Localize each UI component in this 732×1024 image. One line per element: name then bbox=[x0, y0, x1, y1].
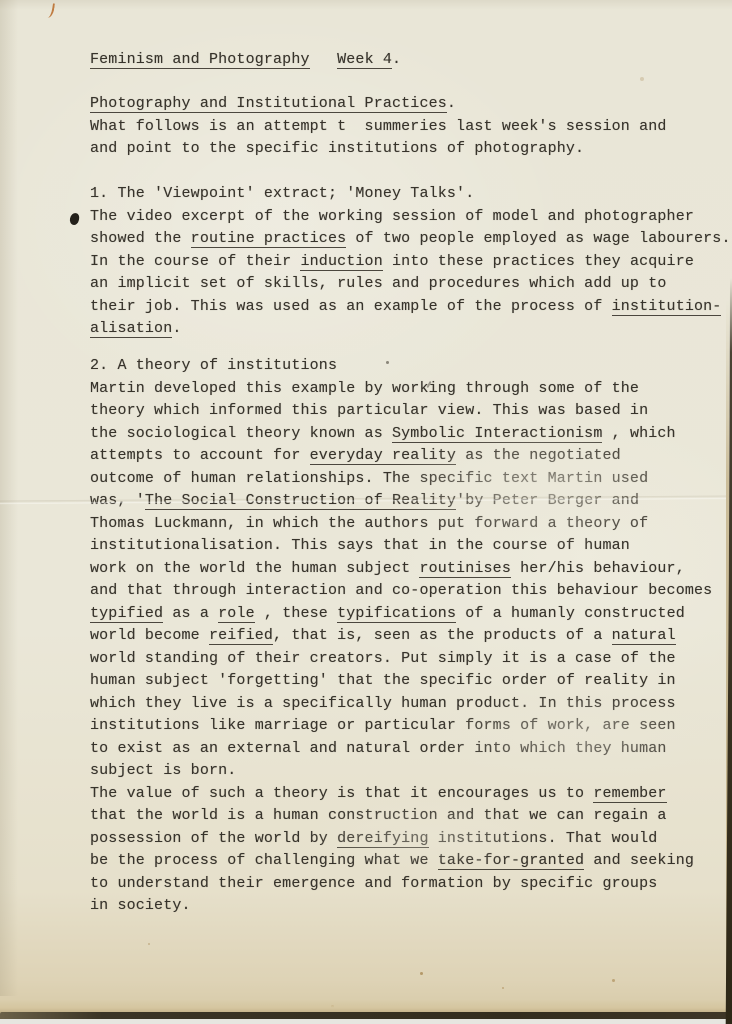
typed-text: subject is born. bbox=[90, 762, 236, 779]
typed-text: What follows is an attempt t summeries l… bbox=[90, 118, 667, 135]
typed-text: and that through interaction and co-oper… bbox=[90, 582, 712, 599]
document-line: Feminism and Photography Week 4. bbox=[90, 51, 401, 74]
document-line: subject is born. bbox=[90, 762, 712, 785]
typed-text: of a humanly constructed bbox=[456, 605, 685, 622]
underlined-text: routine practices bbox=[191, 230, 347, 248]
document-line: showed the routine practices of two peop… bbox=[90, 230, 731, 253]
block-section-1: 1. The 'Viewpoint' extract; 'Money Talks… bbox=[90, 185, 731, 343]
typed-text: of two people employed as wage labourers… bbox=[346, 230, 730, 247]
scanner-background bbox=[0, 1019, 732, 1024]
typed-text: world standing of their creators. Put si… bbox=[90, 650, 676, 667]
document-line: theory which informed this particular vi… bbox=[90, 402, 712, 425]
block-section-2: 2. A theory of institutionsMartin develo… bbox=[90, 357, 712, 920]
underlined-text: Photography and Institutional Practices bbox=[90, 95, 447, 113]
typed-text: attempts to account for bbox=[90, 447, 310, 464]
document-line: attempts to account for everyday reality… bbox=[90, 447, 712, 470]
underlined-text: natural bbox=[612, 627, 676, 645]
foxing-speck bbox=[420, 972, 423, 975]
document-line: The video excerpt of the working session… bbox=[90, 208, 731, 231]
document-line: an implicit set of skills, rules and pro… bbox=[90, 275, 731, 298]
document-line: 2. A theory of institutions bbox=[90, 357, 712, 380]
underlined-text: typifications bbox=[337, 605, 456, 623]
typed-text: institutions. That would bbox=[429, 830, 658, 847]
document-line: that the world is a human construction a… bbox=[90, 807, 712, 830]
foxing-speck bbox=[612, 979, 615, 982]
foxing-speck bbox=[640, 77, 644, 81]
underlined-text: Feminism and Photography bbox=[90, 51, 310, 69]
document-line: 1. The 'Viewpoint' extract; 'Money Talks… bbox=[90, 185, 731, 208]
typed-text: world become bbox=[90, 627, 209, 644]
underlined-text: The Social Construction of Reality bbox=[145, 492, 456, 510]
document-line: human subject 'forgetting' that the spec… bbox=[90, 672, 712, 695]
typed-text: as the negotiated bbox=[456, 447, 621, 464]
underlined-text: Week 4 bbox=[337, 51, 392, 69]
document-line: to understand their emergence and format… bbox=[90, 875, 712, 898]
foxing-speck bbox=[148, 943, 150, 945]
document-line: In the course of their induction into th… bbox=[90, 253, 731, 276]
document-line: their job. This was used as an example o… bbox=[90, 298, 731, 321]
document-line: possession of the world by dereifying in… bbox=[90, 830, 712, 853]
scan-edge-line bbox=[0, 1012, 732, 1019]
typed-text: The value of such a theory is that it en… bbox=[90, 785, 593, 802]
document-line: institutions like marriage or particular… bbox=[90, 717, 712, 740]
document-line: in society. bbox=[90, 897, 712, 920]
typed-text: Martin developed this example by working… bbox=[90, 380, 639, 397]
typed-text bbox=[310, 51, 337, 68]
document-line: typified as a role , these typifications… bbox=[90, 605, 712, 628]
document-line: work on the world the human subject rout… bbox=[90, 560, 712, 583]
document-line: was, 'The Social Construction of Reality… bbox=[90, 492, 712, 515]
typed-text: . bbox=[392, 51, 401, 68]
underlined-text: remember bbox=[593, 785, 666, 803]
typed-text: , which bbox=[602, 425, 675, 442]
document-line: and point to the specific institutions o… bbox=[90, 140, 667, 163]
typed-text: outcome of human relationships. The spec… bbox=[90, 470, 648, 487]
typed-text: The video excerpt of the working session… bbox=[90, 208, 694, 225]
foxing-speck bbox=[502, 987, 504, 989]
document-line: the sociological theory known as Symboli… bbox=[90, 425, 712, 448]
underlined-text: induction bbox=[300, 253, 382, 271]
typed-text: 1. The 'Viewpoint' extract; 'Money Talks… bbox=[90, 185, 474, 202]
typed-text: which they live is a specifically human … bbox=[90, 695, 676, 712]
document-line: be the process of challenging what we ta… bbox=[90, 852, 712, 875]
typed-text: possession of the world by bbox=[90, 830, 337, 847]
paper-sheet: Feminism and Photography Week 4.Photogra… bbox=[0, 0, 732, 1010]
typed-text: work on the world the human subject bbox=[90, 560, 419, 577]
typed-text: . bbox=[447, 95, 456, 112]
document-line: Photography and Institutional Practices. bbox=[90, 95, 667, 118]
typed-text: into these practices they acquire bbox=[383, 253, 694, 270]
document-line: Martin developed this example by working… bbox=[90, 380, 712, 403]
underlined-text: role bbox=[218, 605, 255, 623]
document-line: What follows is an attempt t summeries l… bbox=[90, 118, 667, 141]
typed-text: , that is, seen as the products of a bbox=[273, 627, 612, 644]
typed-text: and point to the specific institutions o… bbox=[90, 140, 584, 157]
typed-text: human subject 'forgetting' that the spec… bbox=[90, 672, 676, 689]
typed-text: institutions like marriage or particular… bbox=[90, 717, 676, 734]
underlined-text: reified bbox=[209, 627, 273, 645]
document-line: to exist as an external and natural orde… bbox=[90, 740, 712, 763]
underlined-text: alisation bbox=[90, 320, 172, 338]
typed-text: to understand their emergence and format… bbox=[90, 875, 657, 892]
bullet-mark bbox=[69, 212, 80, 226]
scanned-page: Feminism and Photography Week 4.Photogra… bbox=[0, 0, 732, 1024]
document-line: institutionalisation. This says that in … bbox=[90, 537, 712, 560]
typed-text: be the process of challenging what we bbox=[90, 852, 438, 869]
typed-text: and seeking bbox=[584, 852, 694, 869]
document-line: and that through interaction and co-oper… bbox=[90, 582, 712, 605]
typed-text: in society. bbox=[90, 897, 191, 914]
underlined-text: everyday reality bbox=[310, 447, 456, 465]
block-intro: Photography and Institutional Practices.… bbox=[90, 95, 667, 163]
typed-text: the sociological theory known as bbox=[90, 425, 392, 442]
typed-text: 'by Peter Berger and bbox=[456, 492, 639, 509]
typed-text: In the course of their bbox=[90, 253, 300, 270]
underlined-text: routinises bbox=[419, 560, 511, 578]
typed-text: an implicit set of skills, rules and pro… bbox=[90, 275, 667, 292]
typed-text: to exist as an external and natural orde… bbox=[90, 740, 667, 757]
typed-text: their job. This was used as an example o… bbox=[90, 298, 612, 315]
underlined-text: typified bbox=[90, 605, 163, 623]
document-line: alisation. bbox=[90, 320, 731, 343]
underlined-text: take-for-granted bbox=[438, 852, 584, 870]
document-line: which they live is a specifically human … bbox=[90, 695, 712, 718]
typed-text: 2. A theory of institutions bbox=[90, 357, 337, 374]
typed-text: . bbox=[172, 320, 181, 337]
typed-text: showed the bbox=[90, 230, 191, 247]
document-line: Thomas Luckmann, in which the authors pu… bbox=[90, 515, 712, 538]
typed-text: Thomas Luckmann, in which the authors pu… bbox=[90, 515, 648, 532]
typed-text: that the world is a human construction a… bbox=[90, 807, 667, 824]
document-line: The value of such a theory is that it en… bbox=[90, 785, 712, 808]
rust-stain-mark bbox=[45, 3, 55, 19]
typed-text: as a bbox=[163, 605, 218, 622]
typed-text: , these bbox=[255, 605, 337, 622]
typed-text: theory which informed this particular vi… bbox=[90, 402, 648, 419]
typed-text: her/his behaviour, bbox=[511, 560, 685, 577]
underlined-text: Symbolic Interactionism bbox=[392, 425, 602, 443]
document-line: world standing of their creators. Put si… bbox=[90, 650, 712, 673]
block-title: Feminism and Photography Week 4. bbox=[90, 51, 401, 74]
paper-edge-shadow-top bbox=[0, 0, 732, 10]
underlined-text: dereifying bbox=[337, 830, 429, 848]
document-line: world become reified, that is, seen as t… bbox=[90, 627, 712, 650]
paper-edge-shadow-left bbox=[0, 0, 18, 996]
underlined-text: institution- bbox=[612, 298, 722, 316]
typed-text: was, ' bbox=[90, 492, 145, 509]
typed-text: institutionalisation. This says that in … bbox=[90, 537, 630, 554]
document-line: outcome of human relationships. The spec… bbox=[90, 470, 712, 493]
